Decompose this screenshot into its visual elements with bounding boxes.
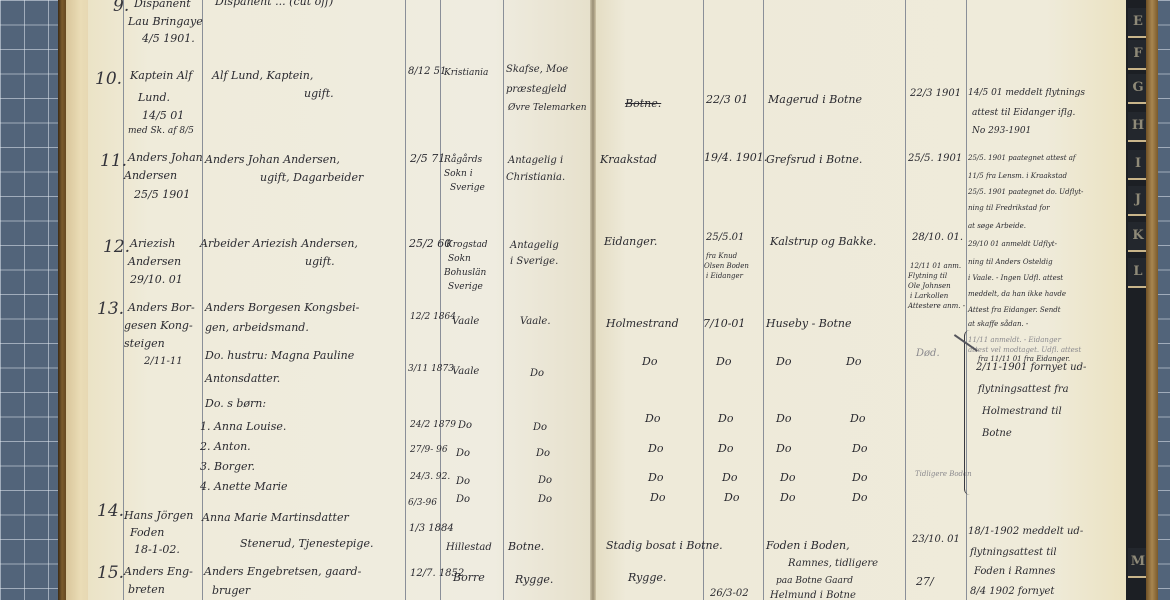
prev-residence-cell: Antagelig i <box>508 155 563 167</box>
birthplace-cell: Borre <box>453 572 485 585</box>
column-rule <box>905 0 906 600</box>
index-tab[interactable]: H <box>1128 112 1148 142</box>
from-place-cell: Rygge. <box>628 572 666 585</box>
residence-cell: Huseby - Botne <box>766 318 852 331</box>
entry-date-cell: 2/11-11 <box>144 356 183 368</box>
remarks-cell: flytningsattest til <box>970 547 1057 559</box>
departure-note: Attestere anm. - <box>908 302 965 310</box>
departure-note: Ole Johnsen <box>908 282 951 290</box>
departure-date-cell: 22/3 1901 <box>910 88 961 100</box>
birthplace-cell: Hillestad <box>446 542 492 554</box>
entry-name-cell: Ariezish <box>130 238 175 251</box>
from-place-cell: Botne. <box>625 98 661 111</box>
entry-name-cell: Foden <box>130 527 164 540</box>
prev-residence-cell: Do <box>536 448 550 460</box>
entry-date-cell: 29/10. 01 <box>130 274 183 287</box>
departure-date-cell: 28/10. 01. <box>912 232 963 244</box>
remarks-cell: attest til Eidanger iflg. <box>972 108 1075 118</box>
prev-residence-cell: Øvre Telemarken <box>508 103 587 113</box>
remarks-cell: at søge Arbeide. <box>968 222 1026 230</box>
remarks-cell: flytningsattest fra <box>978 384 1069 396</box>
column-rule <box>440 0 441 600</box>
entry-number: 15. <box>97 564 124 584</box>
entry-date-cell: 14/5 01 <box>142 110 184 123</box>
entry-person-cell: 1. Anna Louise. <box>200 421 286 434</box>
birth-date-cell: 25/2 60 <box>409 238 451 251</box>
birthplace-cell: Bohuslän <box>444 268 486 278</box>
entry-date-cell: 18-1-02. <box>134 544 180 557</box>
death-note: Død. <box>916 348 940 360</box>
entry-name-cell: gesen Kong- <box>124 320 193 333</box>
page-stack-left <box>66 0 90 600</box>
remarks-cell: No 293-1901 <box>972 126 1031 136</box>
arrival-date-cell: Do <box>724 492 739 505</box>
index-tab[interactable]: G <box>1128 74 1148 104</box>
arrival-date-cell: 22/3 01 <box>706 94 748 107</box>
entry-name-cell: Lund. <box>138 92 170 105</box>
residence-cell: Foden i Boden, <box>766 540 850 553</box>
remarks-cell: Attest fra Eidanger. Sendt <box>968 306 1061 314</box>
entry-person-cell: Stenerud, Tjenestepige. <box>240 538 373 551</box>
departure-date-cell: 25/5. 1901 <box>908 153 962 165</box>
entry-person-cell: 4. Anette Marie <box>200 481 287 494</box>
entry-person-cell: Dispanent ... (cut off) <box>215 0 333 9</box>
residence-cell: Ramnes, tidligere <box>788 558 878 570</box>
birth-date-cell: 1/3 1884 <box>409 523 454 535</box>
index-tab[interactable]: I <box>1128 150 1148 180</box>
residence-cell: Grefsrud i Botne. <box>766 154 862 167</box>
remarks-cell: Botne <box>982 428 1012 440</box>
birth-date-cell: 3/11 1873 <box>408 364 454 374</box>
index-tab[interactable]: F <box>1128 40 1148 70</box>
remarks-cell: ning til Anders Osteldig <box>968 258 1053 266</box>
column-rule <box>202 0 203 600</box>
remarks-cell: at skaffe sådan. - <box>968 320 1028 328</box>
index-tab[interactable]: K <box>1128 222 1148 252</box>
bracket-mark <box>964 330 972 495</box>
remarks-cell: 25/5. 1901 paategnet attest af <box>968 154 1076 162</box>
from-place-cell: Holmestrand <box>606 318 679 331</box>
entry-date-cell: med Sk. af 8/5 <box>128 126 194 136</box>
entry-number: 12. <box>103 238 130 258</box>
remarks-cell: meddelt, da han ikke havde <box>968 290 1066 298</box>
entry-person-cell: Do. s børn: <box>205 398 266 411</box>
birthplace-cell: Do <box>456 448 470 460</box>
entry-name-cell: Lau Bringaye <box>128 16 203 29</box>
entry-person-cell: ugift. <box>304 88 334 101</box>
index-tab[interactable]: E <box>1128 8 1148 38</box>
birth-date-cell: 2/5 71 <box>410 153 445 166</box>
entry-name-cell: Dispanent <box>134 0 191 11</box>
arrival-date-cell: Do <box>716 356 731 369</box>
entry-person-cell: Do. hustru: Magna Pauline <box>205 350 354 363</box>
birth-date-cell: 6/3-96 <box>408 498 437 508</box>
remarks-cell: 11/5 fra Lensm. i Kraakstad <box>968 172 1067 180</box>
birthplace-cell: Do <box>456 476 470 488</box>
entry-name-cell: breten <box>128 584 165 597</box>
departure-note: Flytning til <box>908 272 947 280</box>
entry-name-cell: Andersen <box>128 256 181 269</box>
residence-cell: Helmund i Botne <box>770 590 856 600</box>
entry-name-cell: steigen <box>124 338 165 351</box>
from-place-cell: Stadig bosat i Botne. <box>606 540 723 553</box>
departure-date-cell: 27/ <box>916 576 934 589</box>
entry-person-cell: Anders Engebretsen, gaard- <box>204 566 361 579</box>
residence-cell: Do <box>780 472 795 485</box>
birthplace-cell: Sokn i <box>444 169 473 179</box>
entry-name-cell: Andersen <box>124 170 177 183</box>
prev-residence-cell: Christiania. <box>506 172 565 184</box>
birthplace-cell: Krogstad <box>446 240 488 250</box>
entry-person-cell: Arbeider Ariezish Andersen, <box>200 238 358 251</box>
birthplace-cell: Sverige <box>448 282 483 292</box>
remarks-cell: i Vaale. - Ingen Udfl. attest <box>968 274 1063 282</box>
arrival-date-cell: Do <box>722 472 737 485</box>
column-rule <box>966 0 967 600</box>
entry-number: 11. <box>100 152 127 172</box>
entry-person-cell: gen, arbeidsmand. <box>205 322 309 335</box>
prev-residence-cell: Do <box>530 368 544 380</box>
departure-note: i Larkollen <box>910 292 948 300</box>
remarks-cell: ning til Fredrikstad for <box>968 204 1050 212</box>
prev-residence-cell: Antagelig <box>510 240 559 252</box>
entry-number: 14. <box>97 502 124 522</box>
entry-person-cell: Anna Marie Martinsdatter <box>202 512 349 525</box>
from-place-cell: Do <box>648 472 663 485</box>
birthplace-cell: Sverige <box>450 183 485 193</box>
entry-name-cell: Anders Eng- <box>124 566 193 579</box>
remarks-cell: 18/1-1902 meddelt ud- <box>968 526 1083 538</box>
from-place-cell: Do <box>642 356 657 369</box>
arrival-note: i Eidanger <box>706 272 743 280</box>
remarks-cell: Holmestrand til <box>982 406 1062 418</box>
entry-person-cell: 2. Anton. <box>200 441 251 454</box>
from-place-cell: Do <box>645 413 660 426</box>
book-gutter <box>590 0 596 600</box>
remarks-cell: 29/10 01 anmeldt Udflyt- <box>968 240 1057 248</box>
entry-person-cell: ugift, Dagarbeider <box>260 172 363 185</box>
from-place-cell: Kraakstad <box>600 154 657 167</box>
residence-cell: Kalstrup og Bakke. <box>770 236 876 249</box>
residence-cell: Do <box>776 413 791 426</box>
residence-cell: paa Botne Gaard <box>776 576 853 586</box>
column-rule <box>503 0 504 600</box>
from-place-cell: Do <box>648 443 663 456</box>
birthplace-cell: Rågårds <box>444 155 482 165</box>
remarks-cell: 14/5 01 meddelt flytnings <box>968 88 1085 98</box>
entry-person-cell: bruger <box>212 585 250 598</box>
index-tab[interactable]: J <box>1128 186 1148 216</box>
prev-residence-cell: Do <box>538 494 552 506</box>
arrival-date-cell: 19/4. 1901. <box>704 152 767 165</box>
birth-date-cell: 12/2 1864 <box>410 312 456 322</box>
from-place-cell: Eidanger. <box>604 236 657 249</box>
column-rule <box>703 0 704 600</box>
prev-residence-cell: Botne. <box>508 541 544 554</box>
birthplace-cell: Sokn <box>448 254 471 264</box>
entry-name-cell: Hans Jörgen <box>124 510 193 523</box>
entry-person-cell: Anders Borgesen Kongsbei- <box>205 302 359 315</box>
arrival-note: fra Knud <box>706 252 737 260</box>
residence-cell: Do <box>776 356 791 369</box>
birth-date-cell: 24/2 1879 <box>410 420 456 430</box>
entry-name-cell: Anders Johan <box>128 152 203 165</box>
prev-residence-cell: præstegjeld <box>506 84 567 96</box>
remarks-cell: attest vel modtaget. Udfl. attest <box>968 346 1081 354</box>
entry-date-cell: 4/5 1901. <box>142 33 195 46</box>
birthplace-cell: Kristiania <box>444 68 488 78</box>
entry-person-cell: ugift. <box>305 256 335 269</box>
arrival-date-cell: 25/5.01 <box>706 232 744 244</box>
entry-number: 9. <box>113 0 129 17</box>
prev-residence-cell: Do <box>533 422 547 434</box>
birthplace-cell: Do <box>458 420 472 432</box>
remarks-cell: 2/11-1901 fornyet ud- <box>976 362 1086 374</box>
birth-date-cell: 27/9- 96 <box>410 445 448 455</box>
entry-name-cell: Kaptein Alf <box>130 70 192 83</box>
residence-cell-2: Do <box>852 472 867 485</box>
entry-number: 13. <box>97 300 124 320</box>
prev-residence-cell: Do <box>538 475 552 487</box>
residence-cell: Do <box>780 492 795 505</box>
arrival-date-cell: 7/10-01 <box>703 318 745 331</box>
remarks-cell: 8/4 1902 fornyet <box>970 586 1054 598</box>
residence-cell-2: Do <box>852 492 867 505</box>
arrival-date-cell: Do <box>718 443 733 456</box>
book-cover-right-edge <box>1146 0 1158 600</box>
residence-cell: Do <box>776 443 791 456</box>
remarks-cell: 11/11 anmeldt. - Eidanger <box>968 336 1061 344</box>
prev-residence-cell: Rygge. <box>515 574 553 587</box>
index-tab[interactable]: L <box>1128 258 1148 288</box>
entry-person-cell: Alf Lund, Kaptein, <box>212 70 313 83</box>
birthplace-cell: Vaale <box>452 316 479 328</box>
prev-residence-cell: Vaale. <box>520 316 551 328</box>
residence-cell: Magerud i Botne <box>768 94 862 107</box>
remarks-cell: 25/5. 1901 paategnet do. Udflyt- <box>968 188 1083 196</box>
entry-person-cell: 3. Borger. <box>200 461 255 474</box>
residence-cell-2: Do <box>850 413 865 426</box>
entry-number: 10. <box>95 70 122 90</box>
entry-name-cell: Anders Bor- <box>128 302 195 315</box>
arrival-note: Olsen Boden <box>704 262 749 270</box>
arrival-date-cell: 26/3-02 <box>710 588 749 600</box>
index-tab[interactable]: M <box>1128 548 1148 578</box>
entry-person-cell: Anders Johan Andersen, <box>205 154 340 167</box>
arrival-date-cell: Do <box>718 413 733 426</box>
departure-note: 12/11 01 anm. <box>910 262 961 270</box>
birthplace-cell: Vaale <box>452 366 479 378</box>
remarks-cell: Foden i Ramnes <box>974 566 1055 578</box>
column-rule <box>763 0 764 600</box>
birthplace-cell: Do <box>456 494 470 506</box>
departure-date-cell: 23/10. 01 <box>912 534 960 546</box>
residence-cell-2: Do <box>852 443 867 456</box>
residence-cell-2: Do <box>846 356 861 369</box>
entry-date-cell: 25/5 1901 <box>134 189 190 202</box>
prev-residence-cell: Skafse, Moe <box>506 64 568 76</box>
from-place-cell: Do <box>650 492 665 505</box>
entry-person-cell: Antonsdatter. <box>205 373 280 386</box>
column-rule <box>405 0 406 600</box>
birth-date-cell: 24/3. 92. <box>410 472 450 482</box>
prev-residence-cell: i Sverige. <box>510 256 558 268</box>
